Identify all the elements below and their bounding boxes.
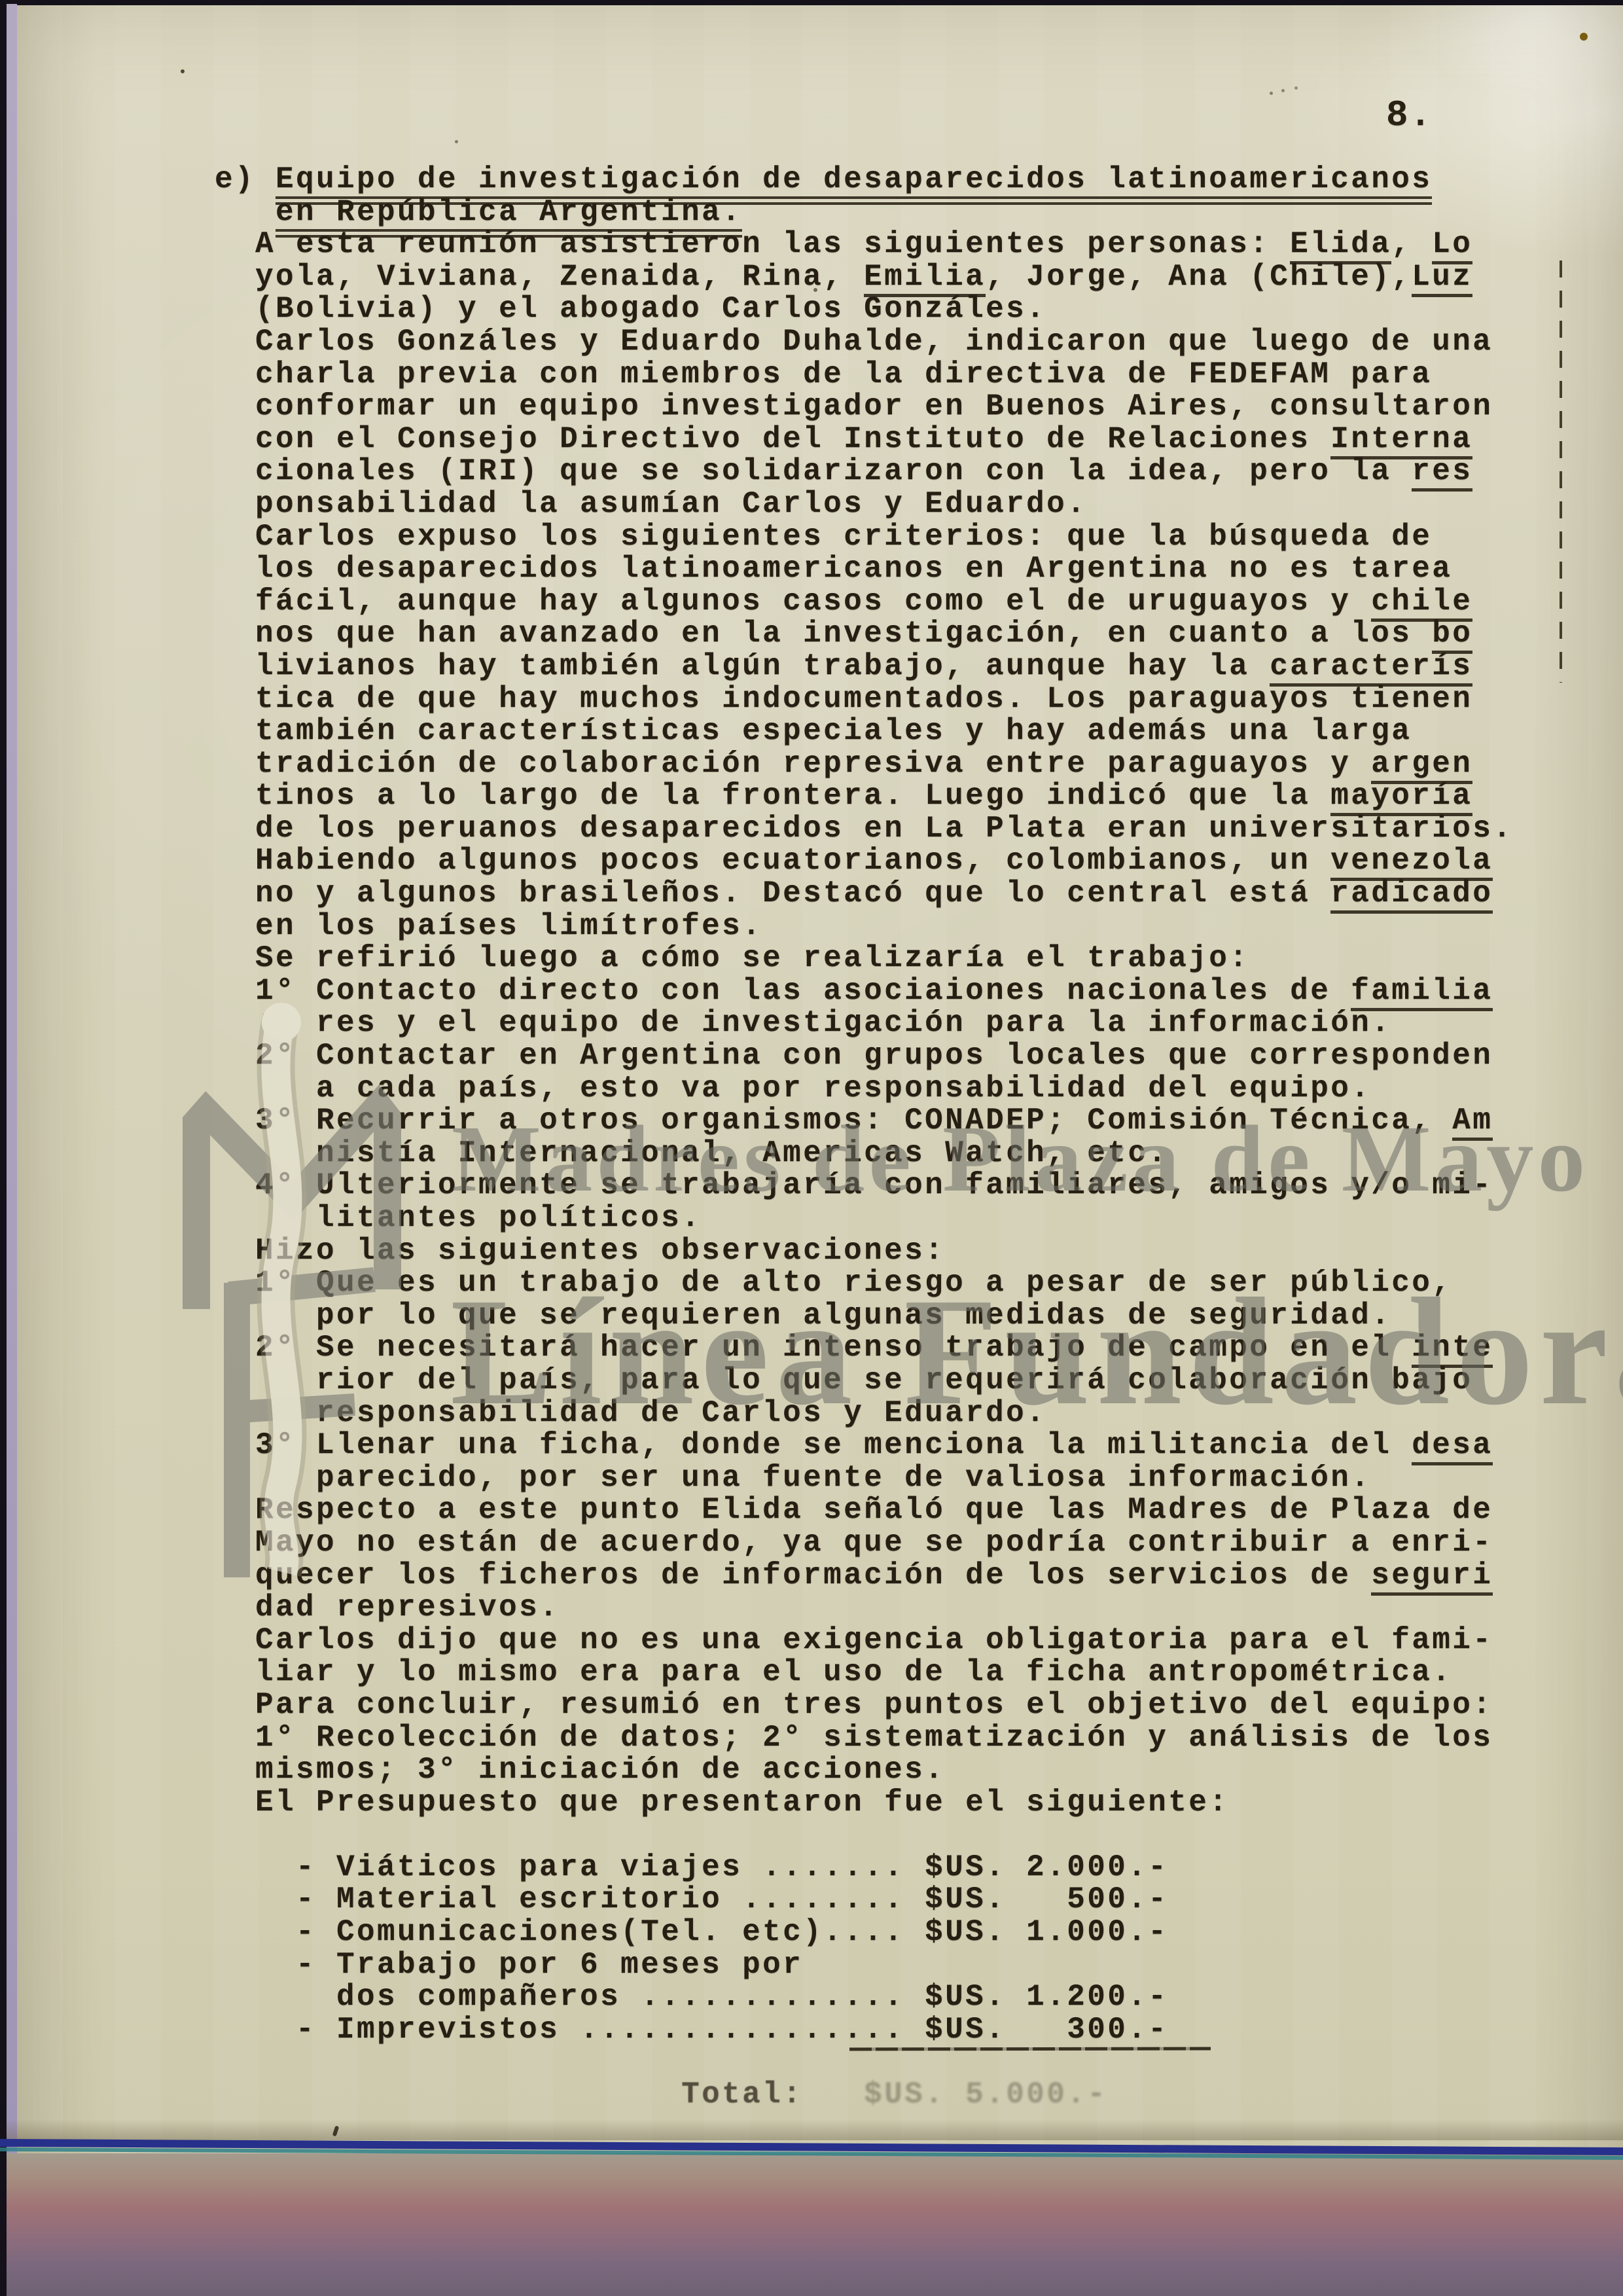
underlined-text-segment: caracterís (1270, 649, 1472, 687)
text-segment (215, 195, 276, 229)
text-segment: - Comunicaciones(Tel. etc).... $US. 1.00… (215, 1915, 1168, 1949)
text-line: - Comunicaciones(Tel. etc).... $US. 1.00… (215, 1916, 1513, 1949)
text-line (215, 2046, 1513, 2079)
underlined-text-segment: mayoría (1330, 779, 1472, 816)
text-line: e) Equipo de investigación de desapareci… (215, 164, 1513, 196)
text-line: los desaparecidos latinoamericanos en Ar… (215, 553, 1513, 586)
text-segment: charla previa con miembros de la directi… (215, 357, 1432, 391)
text-segment: con el Consejo Directivo del Instituto d… (215, 422, 1330, 456)
faded-text-segment: Total: (681, 2077, 803, 2111)
paper-bottom-shadow (7, 2119, 1623, 2140)
text-segment: - Imprevistos ................ $US. 300.… (215, 2013, 1168, 2047)
text-line: Carlos expuso los siguientes criterios: … (215, 521, 1513, 554)
text-segment: Carlos dijo que no es una exigencia obli… (215, 1623, 1493, 1657)
text-line: 2° Contactar en Argentina con grupos loc… (215, 1040, 1513, 1073)
text-line: en los países limítrofes. (215, 910, 1513, 943)
text-segment (215, 2045, 235, 2079)
text-line: dad represivos. (215, 1592, 1513, 1624)
ink-speck (1294, 86, 1298, 90)
text-segment (803, 2077, 864, 2111)
text-segment: tinos a lo largo de la frontera. Luego i… (215, 779, 1330, 813)
logo-kerchief-ribbon (276, 1018, 288, 1572)
text-segment: , Jorge, Ana (Chile), (986, 260, 1412, 294)
text-segment: Respecto a este punto Elida señaló que l… (215, 1493, 1493, 1527)
ink-speck (1270, 92, 1273, 95)
text-line: fácil, aunque hay algunos casos como el … (215, 586, 1513, 619)
fold-crease-mark (1560, 260, 1562, 683)
underlined-text-segment: bo (1432, 617, 1472, 654)
text-line: tradición de colaboración represiva entr… (215, 748, 1513, 781)
text-segment: ponsabilidad la asumían Carlos y Eduardo… (215, 487, 1087, 521)
underlined-text-segment: res (1412, 454, 1472, 492)
text-line: - Imprevistos ................ $US. 300.… (215, 2014, 1513, 2047)
text-segment: Carlos Gonzáles y Eduardo Duhalde, indic… (215, 325, 1493, 359)
text-segment: mismos; 3° iniciación de acciones. (215, 1753, 945, 1787)
text-line: 1° Contacto directo con las asociaiones … (215, 975, 1513, 1008)
underlined-text-segment: Interna (1330, 422, 1472, 459)
text-line: (Bolivia) y el abogado Carlos Gonzáles. (215, 293, 1513, 326)
scanner-bed-band (7, 2153, 1623, 2296)
text-segment: conformar un equipo investigador en Buen… (215, 389, 1493, 423)
total-underline-rule (849, 2047, 1211, 2051)
ink-speck (455, 140, 458, 143)
text-line: tica de que hay muchos indocumentados. L… (215, 683, 1513, 716)
text-line: Carlos Gonzáles y Eduardo Duhalde, indic… (215, 326, 1513, 359)
text-segment: yola, Viviana, Zenaida, Rina, (215, 260, 864, 294)
text-line: mismos; 3° iniciación de acciones. (215, 1754, 1513, 1787)
text-line: res y el equipo de investigación para la… (215, 1007, 1513, 1040)
underlined-text-segment: radicado (1330, 876, 1493, 914)
text-line: con el Consejo Directivo del Instituto d… (215, 423, 1513, 456)
text-line: ponsabilidad la asumían Carlos y Eduardo… (215, 488, 1513, 521)
text-segment: Mayo no están de acuerdo, ya que se podr… (215, 1526, 1493, 1560)
text-segment: liar y lo mismo era para el uso de la fi… (215, 1655, 1452, 1689)
text-segment: tradición de colaboración represiva entr… (215, 747, 1371, 781)
text-segment: dad represivos. (215, 1590, 560, 1624)
text-segment: (Bolivia) y el abogado Carlos Gonzáles. (215, 292, 1046, 326)
text-line: parecido, por ser una fuente de valiosa … (215, 1462, 1513, 1495)
text-segment: no y algunos brasileños. Destacó que lo … (215, 876, 1330, 910)
text-segment: también características especiales y hay… (215, 714, 1412, 748)
text-segment: Carlos expuso los siguientes criterios: … (215, 520, 1432, 554)
text-line: Habiendo algunos pocos ecuatorianos, col… (215, 845, 1513, 878)
text-segment: A esta reunión asistieron las siguientes… (215, 227, 1290, 261)
text-segment: El Presupuesto que presentaron fue el si… (215, 1785, 1229, 1820)
text-segment: livianos hay también algún trabajo, aunq… (215, 649, 1270, 683)
text-line: tinos a lo largo de la frontera. Luego i… (215, 780, 1513, 813)
faded-text-segment: $US. 5.000.- (864, 2077, 1107, 2111)
underlined-text-segment: familia (1351, 974, 1493, 1011)
text-line: de los peruanos desaparecidos en La Plat… (215, 813, 1513, 846)
text-segment: tica de que hay muchos indocumentados. L… (215, 682, 1472, 716)
text-line: Hizo las siguientes observaciones: (215, 1235, 1513, 1268)
text-line: Respecto a este punto Elida señaló que l… (215, 1494, 1513, 1527)
text-line: a cada país, esto va por responsabilidad… (215, 1073, 1513, 1105)
text-line: Mayo no están de acuerdo, ya que se podr… (215, 1527, 1513, 1560)
underlined-text-segment: Lo (1432, 227, 1472, 264)
text-segment: Se refirió luego a cómo se realizaría el… (215, 941, 1249, 975)
text-line: livianos hay también algún trabajo, aunq… (215, 651, 1513, 683)
text-line: 1° Recolección de datos; 2° sistematizac… (215, 1722, 1513, 1755)
text-line: Total: $US. 5.000.- (215, 2079, 1513, 2111)
text-segment: cionales (IRI) que se solidarizaron con … (215, 454, 1412, 488)
underlined-text-segment: venezola (1330, 844, 1493, 881)
text-segment: 2° Contactar en Argentina con grupos loc… (215, 1039, 1493, 1073)
text-segment: nos que han avanzado en la investigación… (215, 617, 1432, 651)
text-line: Se refirió luego a cómo se realizaría el… (215, 942, 1513, 975)
text-line: nos que han avanzado en la investigación… (215, 618, 1513, 651)
text-line: conformar un equipo investigador en Buen… (215, 391, 1513, 423)
underlined-text-segment: Elida (1290, 227, 1391, 264)
text-segment: de los peruanos desaparecidos en La Plat… (215, 812, 1513, 846)
madres-logo (65, 1001, 406, 1590)
text-line: El Presupuesto que presentaron fue el si… (215, 1787, 1513, 1820)
text-segment: - Material escritorio ........ $US. 500.… (215, 1882, 1168, 1916)
scanned-document-page: 8. e) Equipo de investigación de desapar… (0, 0, 1623, 2296)
text-line: no y algunos brasileños. Destacó que lo … (215, 878, 1513, 910)
underlined-text-segment: seguri (1371, 1558, 1493, 1596)
logo-kerchief-knot (262, 1003, 301, 1042)
watermark-text-line2: Línea Fundadora (450, 1263, 1623, 1440)
text-segment: , (1391, 227, 1432, 261)
text-line: - Viáticos para viajes ....... $US. 2.00… (215, 1852, 1513, 1884)
logo-f-top-arm (229, 1280, 374, 1294)
text-line: Carlos dijo que no es una exigencia obli… (215, 1624, 1513, 1657)
binder-edge-strip (7, 4, 17, 2296)
text-line: yola, Viviana, Zenaida, Rina, Emilia, Jo… (215, 261, 1513, 294)
page-number: 8. (1386, 94, 1433, 136)
text-line: liar y lo mismo era para el uso de la fi… (215, 1657, 1513, 1689)
text-line: - Trabajo por 6 meses por (215, 1949, 1513, 1982)
ink-speck (1281, 89, 1285, 92)
text-line: también características especiales y hay… (215, 715, 1513, 748)
text-line: - Material escritorio ........ $US. 500.… (215, 1884, 1513, 1916)
text-line: Para concluir, resumió en tres puntos el… (215, 1689, 1513, 1722)
text-line: A esta reunión asistieron las siguientes… (215, 228, 1513, 261)
underlined-text-segment: chile (1371, 584, 1472, 622)
text-segment (215, 1818, 235, 1852)
text-segment: - Viáticos para viajes ....... $US. 2.00… (215, 1850, 1168, 1884)
watermark-text-line1: Madres de Plaza de Mayo (452, 1105, 1589, 1213)
text-line: dos compañeros ............. $US. 1.200.… (215, 1981, 1513, 2014)
ink-speck (813, 288, 817, 292)
underlined-text-segment: Luz (1412, 260, 1472, 297)
text-segment: los desaparecidos latinoamericanos en Ar… (215, 552, 1452, 586)
text-line: cionales (IRI) que se solidarizaron con … (215, 456, 1513, 488)
text-segment: dos compañeros ............. $US. 1.200.… (215, 1980, 1168, 2014)
text-segment: 1° Recolección de datos; 2° sistematizac… (215, 1721, 1493, 1755)
text-segment: e) (215, 162, 276, 196)
text-line (215, 1819, 1513, 1852)
staple-hole-speck (1580, 33, 1588, 41)
text-line: quecer los ficheros de información de lo… (215, 1560, 1513, 1592)
text-segment (215, 2077, 681, 2111)
underlined-text-segment: argen (1371, 747, 1472, 784)
ink-speck (181, 69, 185, 73)
text-segment: Habiendo algunos pocos ecuatorianos, col… (215, 844, 1330, 878)
text-segment: en los países limítrofes. (215, 909, 762, 943)
text-segment: Para concluir, resumió en tres puntos el… (215, 1688, 1493, 1722)
text-segment: fácil, aunque hay algunos casos como el … (215, 584, 1371, 619)
underlined-text-segment: Emilia (864, 260, 986, 297)
text-segment: - Trabajo por 6 meses por (215, 1948, 803, 1982)
text-line: charla previa con miembros de la directi… (215, 359, 1513, 391)
